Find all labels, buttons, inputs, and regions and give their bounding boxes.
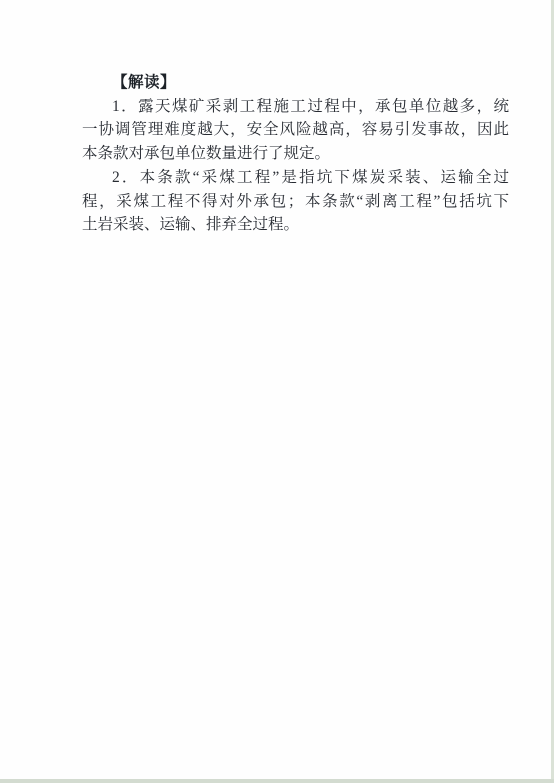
page-edge-bottom	[0, 779, 554, 783]
paragraph-1-line-3: 本条款对承包单位数量进行了规定。	[82, 142, 509, 166]
paragraph-1: 1．露天煤矿采剥工程施工过程中，承包单位越多，统 一协调管理难度越大，安全风险越…	[82, 95, 509, 166]
paragraph-2-line-1: 2．本条款“采煤工程”是指坑下煤炭采装、运输全过	[82, 166, 509, 190]
section-heading: 【解读】	[82, 71, 509, 95]
paragraph-2: 2．本条款“采煤工程”是指坑下煤炭采装、运输全过 程，采煤工程不得对外承包；本条…	[82, 166, 509, 237]
document-page: 【解读】 1．露天煤矿采剥工程施工过程中，承包单位越多，统 一协调管理难度越大，…	[0, 0, 554, 783]
paragraph-1-line-1: 1．露天煤矿采剥工程施工过程中，承包单位越多，统	[82, 95, 509, 119]
paragraph-1-line-2: 一协调管理难度越大，安全风险越高，容易引发事故，因此	[82, 118, 509, 142]
paragraph-2-line-2: 程，采煤工程不得对外承包；本条款“剥离工程”包括坑下	[82, 190, 509, 214]
interpretation-section: 【解读】 1．露天煤矿采剥工程施工过程中，承包单位越多，统 一协调管理难度越大，…	[82, 71, 509, 237]
paragraph-2-line-3: 土岩采装、运输、排弃全过程。	[82, 213, 509, 237]
